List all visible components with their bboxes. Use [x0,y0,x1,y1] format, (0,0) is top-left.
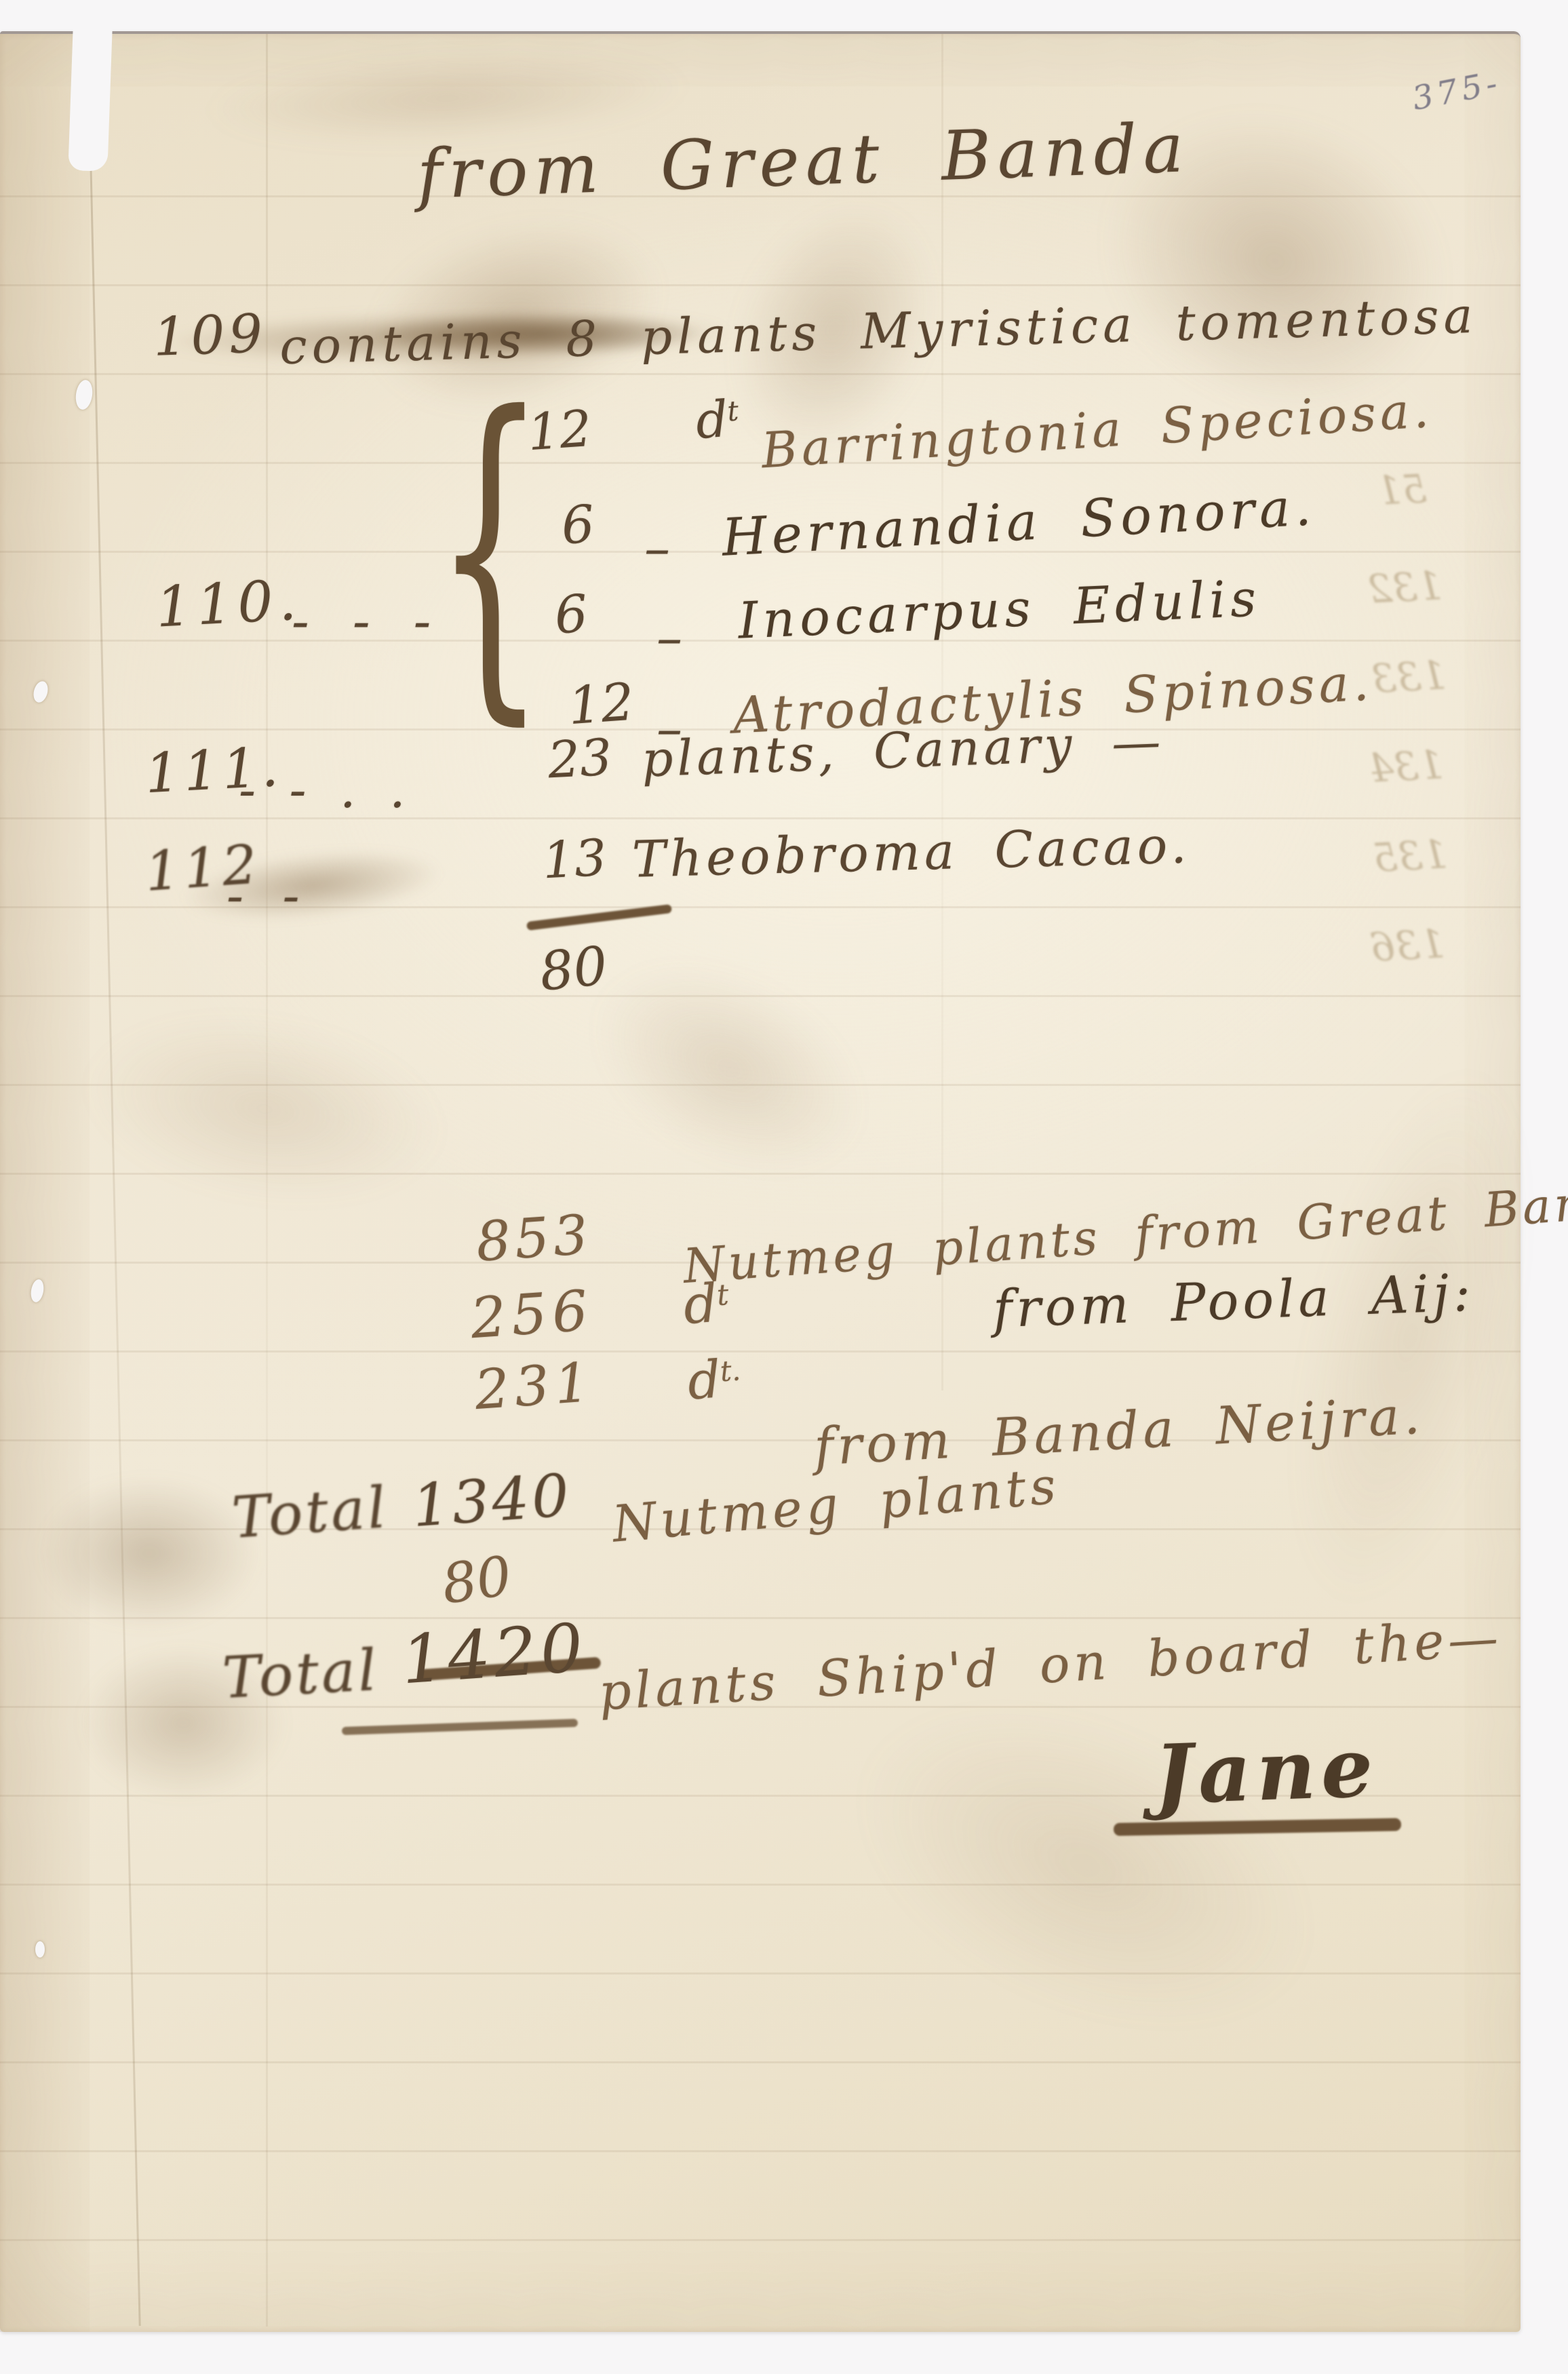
ship-name: Jane [1153,1727,1379,1816]
ditto-sup: t. [719,1353,741,1388]
case-110-dashes: - - - [292,596,431,647]
case-111-dashes: - - . . [239,765,406,815]
manuscript-scan: 375- from Great Banda 109 contains 8 pla… [0,0,1568,2374]
item-qty: 12 [566,676,635,733]
bleed-through-number: 136 [1369,920,1446,971]
summary-ditto: dt [682,1277,730,1332]
bleed-through-number: 135 [1371,831,1449,881]
bleed-through-number: 133 [1370,652,1447,702]
item-ditto: dt [694,393,741,446]
stitch-hole [35,1941,45,1958]
case-111-qty: 23 [547,733,613,786]
summary-qty: 256 [469,1283,595,1347]
total-label: Total [230,1479,390,1546]
case-112-text: Theobroma Cacao. [631,820,1191,885]
case-112-dashes: - - [227,871,300,921]
carry-value: 80 [439,1549,515,1612]
case-number-110: 110. [155,572,303,636]
ink-smear [41,1479,258,1628]
total-qty: 1420 [399,1615,589,1694]
total-qty: 1340 [410,1466,573,1536]
torn-edge-notch [68,28,112,172]
ditto-base: d [686,1348,723,1411]
summary-ditto: dt. [686,1352,743,1407]
case-number-109: 109 [153,307,268,364]
item-qty: 12 [526,404,593,458]
total-label: Total [221,1641,380,1707]
bleed-through-number: 134 [1367,741,1445,792]
ditto-base: d [694,390,730,450]
subtotal-value: 80 [537,939,610,999]
ditto-sup: t [726,394,740,427]
item-dash: – [656,612,682,663]
summary-qty: 231 [473,1355,596,1418]
bleed-through-number: 132 [1366,562,1443,612]
ditto-base: d [682,1273,720,1336]
ditto-sup: t [716,1278,730,1312]
item-dash: – [644,522,670,574]
item-qty: 6 [553,587,589,641]
case-112-qty: 13 [541,833,608,887]
bleed-through-number: 51 [1375,465,1428,514]
summary-qty: 853 [474,1207,593,1270]
item-qty: 6 [560,498,596,551]
summary-text: from Poola Aij: [992,1267,1475,1336]
